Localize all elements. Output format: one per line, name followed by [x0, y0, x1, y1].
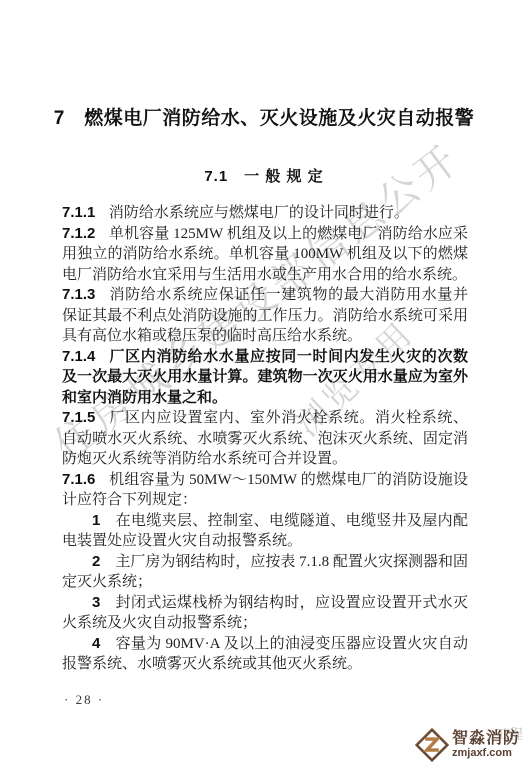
- sub-item-text: 封闭式运煤栈桥为钢结构时，应设置应设置开式水灭火系统及火灾自动报警系统；: [62, 595, 468, 632]
- clause-number: 7.1.4: [62, 348, 95, 365]
- clause-number: 7.1.5: [62, 409, 95, 426]
- chapter-title: 7 燃煤电厂消防给水、灭火设施及火灾自动报警: [0, 0, 528, 132]
- clause-7-1-3: 7.1.3消防给水系统应保证任一建筑物的最大消防用水量并保证其最不利点处消防设施…: [62, 285, 468, 347]
- clause-text: 机组容量为 50MW～150MW 的燃煤电厂的消防设施设计应符合下列规定：: [62, 472, 468, 509]
- clause-7-1-2: 7.1.2单机容量 125MW 机组及以上的燃煤电厂消防给水应采用独立的消防给水…: [62, 224, 468, 286]
- sub-item-2: 2主厂房为钢结构时，应按表 7.1.8 配置火灾探测器和固定灭火系统；: [62, 552, 468, 593]
- clause-number: 7.1.3: [62, 286, 95, 303]
- sub-item-text: 在电缆夹层、控制室、电缆隧道、电缆竖井及屋内配电装置处应设置火灾自动报警系统。: [62, 513, 468, 550]
- sub-item-1: 1在电缆夹层、控制室、电缆隧道、电缆竖井及屋内配电装置处应设置火灾自动报警系统。: [62, 511, 468, 552]
- clause-7-1-5: 7.1.5厂区内应设置室内、室外消火栓系统。消火栓系统、自动喷水灭火系统、水喷雾…: [62, 408, 468, 470]
- brand-stamp: 智淼消防 zmjaxf.com: [415, 728, 520, 762]
- sub-item-text: 容量为 90MV·A 及以上的油浸变压器应设置火灾自动报警系统、水喷雾灭火系统或…: [62, 636, 468, 673]
- sub-item-number: 4: [92, 635, 100, 652]
- clause-text: 消防给水系统应保证任一建筑物的最大消防用水量并保证其最不利点处消防设施的工作压力…: [62, 287, 468, 344]
- clause-text: 厂区内应设置室内、室外消火栓系统。消火栓系统、自动喷水灭火系统、水喷雾灭火系统、…: [62, 410, 468, 467]
- clause-number: 7.1.6: [62, 471, 95, 488]
- sub-item-number: 1: [92, 512, 100, 529]
- sub-item-4: 4容量为 90MV·A 及以上的油浸变压器应设置火灾自动报警系统、水喷雾灭火系统…: [62, 634, 468, 675]
- brand-text-column: 智淼消防 zmjaxf.com: [452, 731, 520, 759]
- sub-item-3: 3封闭式运煤栈桥为钢结构时，应设置应设置开式水灭火系统及火灾自动报警系统；: [62, 593, 468, 634]
- clause-text: 单机容量 125MW 机组及以上的燃煤电厂消防给水应采用独立的消防给水系统。单机…: [62, 226, 468, 283]
- sub-item-number: 2: [92, 553, 100, 570]
- clause-7-1-1: 7.1.1消防给水系统应与燃煤电厂的设计同时进行。: [62, 203, 468, 224]
- clause-7-1-4-mandatory: 7.1.4厂区内消防给水水量应按同一时间内发生火灾的次数及一次最大灭火用水量计算…: [62, 347, 468, 409]
- brand-url: zmjaxf.com: [452, 748, 520, 759]
- zhimiao-logo-icon: [415, 728, 449, 762]
- document-page: 住房城乡建设部信息公开 浏览专用 7 燃煤电厂消防给水、灭火设施及火灾自动报警 …: [0, 0, 528, 766]
- clause-text: 消防给水系统应与燃煤电厂的设计同时进行。: [109, 205, 409, 221]
- clause-number: 7.1.1: [62, 204, 95, 221]
- brand-name: 智淼消防: [452, 731, 520, 747]
- page-number: · 28 ·: [64, 692, 104, 708]
- sub-item-text: 主厂房为钢结构时，应按表 7.1.8 配置火灾探测器和固定灭火系统；: [62, 554, 468, 591]
- sub-item-number: 3: [92, 594, 100, 611]
- clause-7-1-6: 7.1.6机组容量为 50MW～150MW 的燃煤电厂的消防设施设计应符合下列规…: [62, 470, 468, 511]
- body-text: 7.1.1消防给水系统应与燃煤电厂的设计同时进行。 7.1.2单机容量 125M…: [62, 203, 468, 675]
- clause-number: 7.1.2: [62, 225, 95, 242]
- section-heading: 7.1 一 般 规 定: [0, 168, 528, 186]
- clause-text: 厂区内消防给水水量应按同一时间内发生火灾的次数及一次最大灭火用水量计算。建筑物一…: [62, 348, 468, 406]
